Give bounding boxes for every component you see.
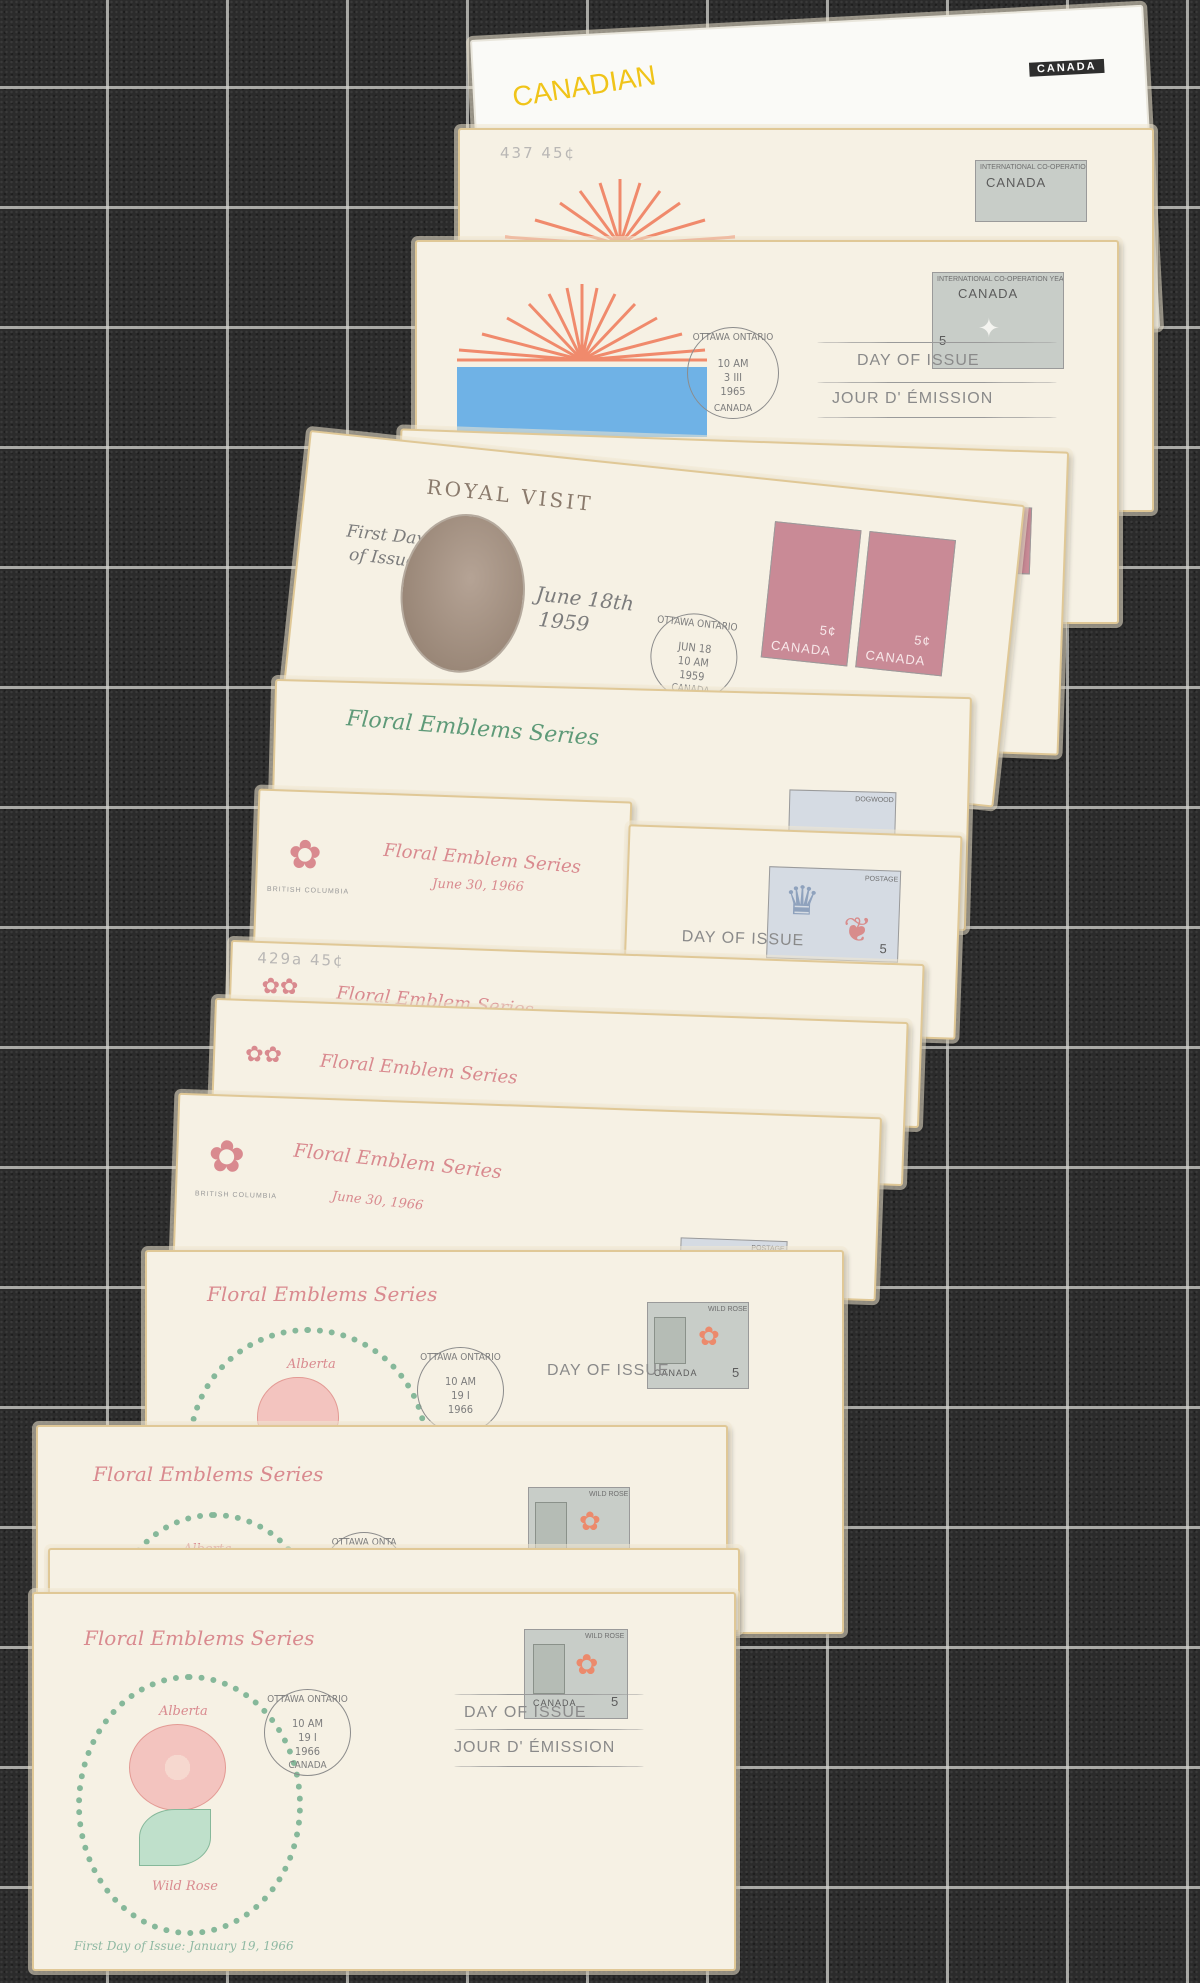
dogwood-flower-icon: ✿ bbox=[207, 1131, 246, 1183]
day-of-issue-slogan: DAY OF ISSUE bbox=[681, 928, 804, 950]
postmark: OTTAWA ONTARIO 10 AM 19 I 1966 bbox=[417, 1347, 504, 1434]
queen-stamp: 5¢ CANADA bbox=[855, 531, 956, 676]
wild-rose-icon bbox=[129, 1724, 226, 1811]
pencil-note: 429a 45¢ bbox=[257, 949, 345, 970]
faces-band bbox=[457, 367, 707, 437]
maple-leaf-icon: ✦ bbox=[978, 313, 1000, 344]
sunburst-icon bbox=[500, 175, 740, 245]
day-of-issue-slogan: DAY OF ISSUE bbox=[547, 1362, 670, 1380]
cover-title: Floral Emblems Series bbox=[207, 1282, 437, 1306]
dogwood-flower-icon: ✿ bbox=[287, 832, 322, 879]
alberta-cover-front: Floral Emblems Series Alberta Wild Rose … bbox=[32, 1592, 736, 1971]
postmark: OTTAWA ONTARIO 10 AM 3 III 1965 CANADA bbox=[687, 327, 779, 419]
icy-stamp: INTERNATIONAL CO-OPERATION YEAR 1965 CAN… bbox=[975, 160, 1087, 222]
first-day-footer: First Day of Issue: January 19, 1966 bbox=[74, 1939, 294, 1953]
day-of-issue-slogan: DAY OF ISSUE bbox=[464, 1704, 587, 1722]
day-of-issue-slogan: DAY OF ISSUE bbox=[857, 352, 980, 370]
rose-flower-icon: ✿ bbox=[575, 1648, 598, 1681]
jour-emission-slogan: JOUR D' ÉMISSION bbox=[454, 1739, 615, 1757]
cover-heading: CANADIAN bbox=[510, 59, 658, 113]
pencil-note: 437 45¢ bbox=[500, 144, 576, 162]
rose-flower-icon: ✿ bbox=[698, 1321, 720, 1352]
coat-of-arms-icon: ♛ bbox=[783, 878, 820, 925]
cover-title: Floral Emblem Series bbox=[319, 1050, 518, 1088]
jour-emission-slogan: JOUR D' ÉMISSION bbox=[832, 390, 993, 408]
postmark: OTTAWA ONTARIO 10 AM 19 I 1966 CANADA bbox=[264, 1689, 351, 1776]
cover-title: Floral Emblem Series bbox=[383, 840, 582, 878]
alberta-arms-icon bbox=[533, 1644, 565, 1694]
cover-title: Floral Emblem Series bbox=[293, 1140, 503, 1184]
stamp-label: CANADA bbox=[1029, 59, 1105, 77]
rose-leaves-icon bbox=[139, 1809, 211, 1866]
cover-title: Floral Emblems Series bbox=[93, 1462, 323, 1486]
dogwood-flower-icon: ✿✿ bbox=[261, 973, 299, 1000]
stamp: CANADA bbox=[1029, 59, 1106, 105]
cover-title: ROYAL VISIT bbox=[425, 475, 594, 516]
cover-title: Floral Emblems Series bbox=[345, 706, 600, 751]
sunburst-icon bbox=[457, 282, 707, 362]
rose-flower-icon: ✿ bbox=[579, 1506, 601, 1537]
queen-stamp: 5¢ CANADA bbox=[761, 521, 862, 666]
alberta-arms-icon bbox=[654, 1317, 686, 1364]
cover-title: Floral Emblems Series bbox=[84, 1626, 314, 1650]
maple-leaf-icon: ❦ bbox=[842, 910, 872, 951]
dogwood-flower-icon: ✿✿ bbox=[245, 1041, 283, 1068]
alberta-arms-icon bbox=[535, 1502, 567, 1549]
